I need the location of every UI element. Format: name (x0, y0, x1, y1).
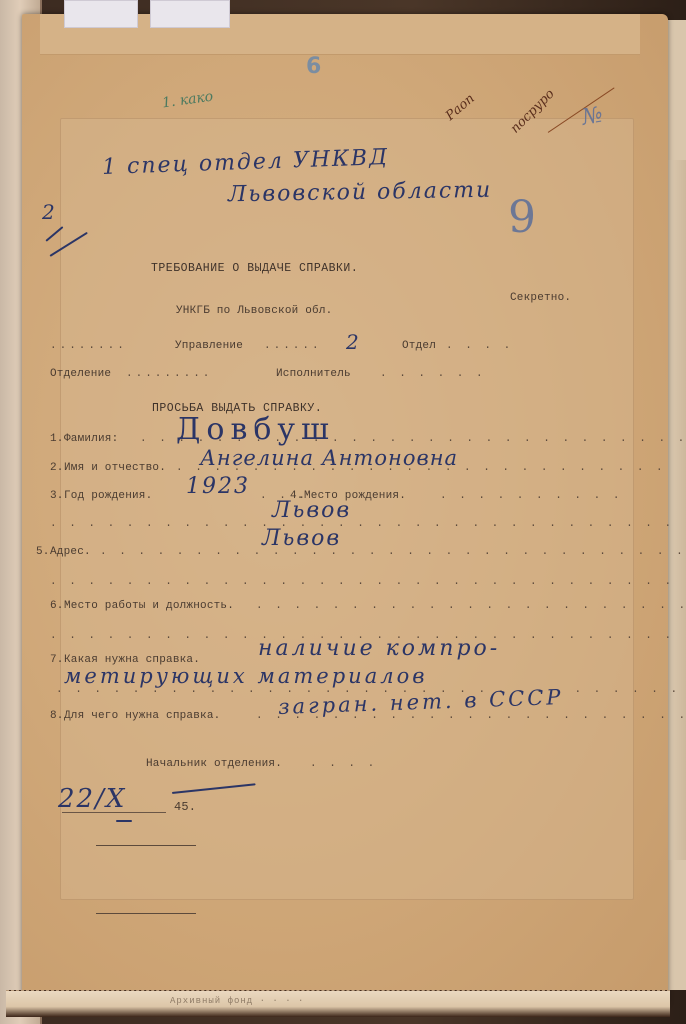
field-3-label: Год рождения. (64, 490, 152, 502)
field-7-number: 7. (50, 654, 64, 666)
index-tab-left (64, 0, 138, 28)
directorate-label: Управление (175, 340, 243, 352)
dot-leader: . . . . . . . . . . . . . . . . . . . . … (100, 546, 686, 558)
field-7-value: наличие компро- (258, 636, 500, 661)
margin-mark: 2 (42, 200, 55, 224)
executor-label: Исполнитель (276, 368, 351, 380)
department-value: 2 (346, 330, 359, 354)
agency-label: УНКГБ по Львовской обл. (176, 305, 332, 317)
dot-leader: . . . . . . . . . . (440, 490, 622, 502)
date-mark (116, 820, 132, 822)
dot-leader: . . . . . . . . . . . . . . . . . . . . … (50, 576, 686, 588)
field-8-number: 8. (50, 710, 64, 722)
department-label: Отдел (402, 340, 436, 352)
field-5-number: 5. (36, 546, 50, 558)
field-3-number: 3. (50, 490, 64, 502)
secrecy-label: Секретно. (510, 292, 571, 304)
field-2-label: Имя и отчество. (64, 462, 166, 474)
paper-bottom-edge (6, 990, 670, 1017)
dot-leader: ........ (50, 340, 127, 352)
dot-leader: ......... (126, 368, 212, 380)
field-7-value-cont: метирующих материалов (64, 664, 427, 688)
field-3-value: 1923 (186, 474, 250, 499)
section-label: Отделение (50, 368, 111, 380)
date-year: 45. (174, 800, 196, 814)
stamp-number: 6 (306, 54, 321, 79)
field-2-number: 2. (50, 462, 64, 474)
handwritten-address-line2: Львовской области (228, 178, 493, 208)
field-5-value: Львов (262, 526, 341, 551)
bottom-edge-text: Архивный фонд · · · · (170, 996, 304, 1006)
field-6-label: Место работы и должность. (64, 600, 234, 612)
dot-leader: ...... (264, 340, 322, 352)
dot-leader: . . . . (446, 340, 513, 352)
date-underline (62, 812, 166, 813)
form-title: ТРЕБОВАНИЕ О ВЫДАЧЕ СПРАВКИ. (151, 262, 358, 275)
date-value: 22/X (58, 784, 126, 814)
dot-leader: . . . . . . (380, 368, 486, 380)
field-2-value: Ангелина Антоновна (200, 446, 458, 470)
dot-leader: . . . . . . . . . . . . . . . . . . . . … (50, 518, 686, 530)
field-1-number: 1. (50, 433, 64, 445)
field-6-number: 6. (50, 600, 64, 612)
field-1-value: Довбуш (176, 412, 335, 447)
chief-label: Начальник отделения. (146, 758, 282, 770)
document-photo: 1. како 6 Раоп посруро № 1 спец отдел УН… (0, 0, 686, 1024)
sheet-number: 9 (508, 192, 536, 243)
dot-leader: . . . . (310, 758, 377, 770)
field-4-value: Львов (272, 498, 351, 523)
index-tab-right (150, 0, 230, 28)
dot-leader: . . . . . . . . . . . . . . . . . . . . … (256, 600, 686, 612)
field-1-label: Фамилия: (64, 433, 118, 445)
field-8-label: Для чего нужна справка. (64, 710, 220, 722)
field-5-label: Адрес. (50, 546, 91, 558)
corner-blue-mark: № (580, 102, 605, 130)
signature-line-2 (96, 913, 196, 914)
signature-line-1 (96, 845, 196, 846)
